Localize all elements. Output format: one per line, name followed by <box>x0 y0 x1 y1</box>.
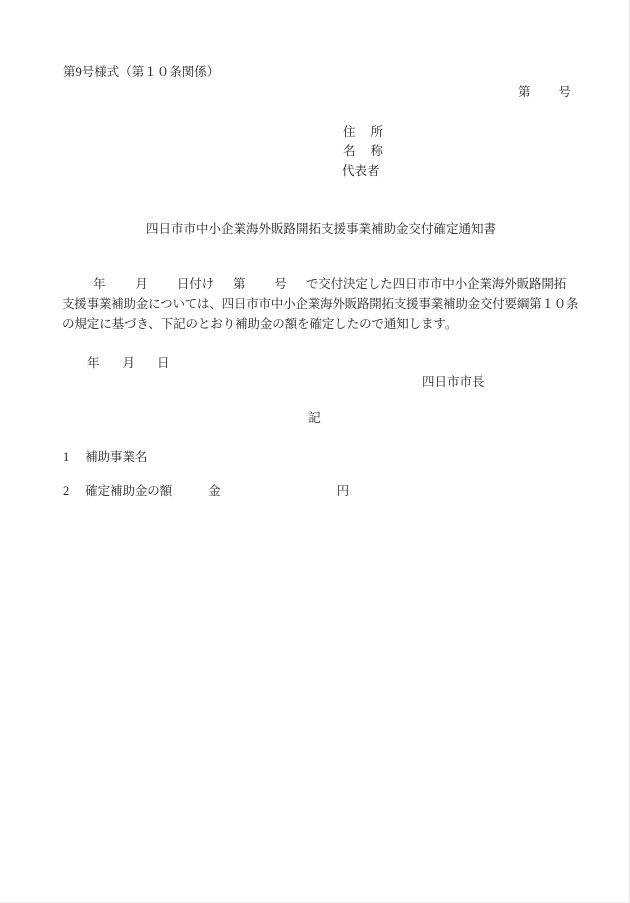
body-paragraph-line3: の規定に基づき、下記のとおり補助金の額を確定したので通知します。 <box>62 318 457 331</box>
addressee-address-label: 住所 <box>343 126 383 139</box>
issue-day-label: 日 <box>157 357 170 370</box>
mayor-signature-line: 四日市市長 <box>422 376 485 389</box>
ki-record-marker: 記 <box>0 412 629 425</box>
form-number: 第9号様式（第１０条関係） <box>63 66 219 79</box>
blank-year-field: 年 <box>93 278 105 291</box>
blank-day-dated-field: 日付け <box>177 278 214 291</box>
issue-date-line: 年月日 <box>62 357 170 370</box>
doc-number-dai: 第 <box>518 86 531 99</box>
body-line1-text: で交付決定した四日市市中小企業海外販路開拓 <box>306 278 566 291</box>
address-label-part2: 所 <box>371 126 384 139</box>
document-page: 第9号様式（第１０条関係） 第号 住所 名称 代表者 四日市市中小企業海外販路開… <box>0 0 630 903</box>
body-paragraph-line1: 年月日付け第号で交付決定した四日市市中小企業海外販路開拓 <box>62 278 566 291</box>
document-title: 四日市市中小企業海外販路開拓支援事業補助金交付確定通知書 <box>146 223 496 236</box>
item-1-subsidy-project-name: 1補助事業名 <box>63 451 147 464</box>
body-paragraph-line2: 支援事業補助金については、四日市市中小企業海外販路開拓支援事業補助金交付要綱第１… <box>62 298 578 311</box>
address-label-part1: 住 <box>343 126 356 139</box>
addressee-name-label: 名称 <box>343 145 383 158</box>
item-2-label: 確定補助金の額 <box>85 485 172 498</box>
name-label-part1: 名 <box>343 145 356 158</box>
item-1-label: 補助事業名 <box>85 451 147 464</box>
issue-month-label: 月 <box>123 357 136 370</box>
amount-kin-prefix: 金 <box>208 485 221 498</box>
amount-yen-suffix: 円 <box>337 485 350 498</box>
item-1-number: 1 <box>63 451 69 464</box>
blank-month-field: 月 <box>135 278 147 291</box>
item-2-confirmed-subsidy-amount: 2確定補助金の額金円 <box>63 485 349 498</box>
document-number-line: 第号 <box>518 86 571 99</box>
item-2-number: 2 <box>63 485 69 498</box>
issue-year-label: 年 <box>87 357 100 370</box>
blank-number-dai: 第 <box>233 278 245 291</box>
name-label-part2: 称 <box>371 145 384 158</box>
addressee-representative-label: 代表者 <box>342 165 380 178</box>
blank-number-go: 号 <box>274 278 286 291</box>
doc-number-go: 号 <box>559 86 572 99</box>
